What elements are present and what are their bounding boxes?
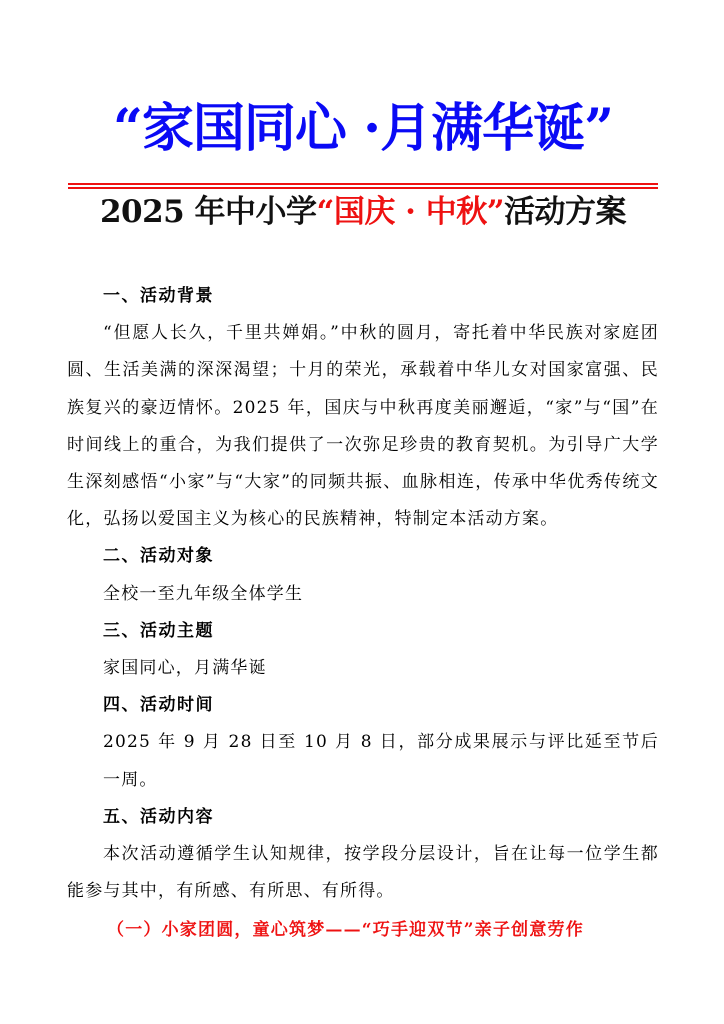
section-heading-background: 一、活动背景 [67,278,659,315]
document-subtitle: 2025 年中小学“国庆 · 中秋”活动方案 [66,190,660,234]
section-body-theme: 家国同心，月满华诞 [67,650,659,687]
subtitle-suffix: 活动方案 [504,194,626,230]
title-text: 家国同心 ·月满华诞 [142,98,584,159]
section-body-target: 全校一至九年级全体学生 [67,576,659,613]
section-body-time: 2025 年 9 月 28 日至 10 月 8 日，部分成果展示与评比延至节后一… [67,724,659,798]
subtitle-highlight: “国庆 · 中秋” [317,194,505,230]
subsection-heading-family-crafts: （一）小家团圆，童心筑梦——“巧手迎双节”亲子创意劳作 [67,912,659,949]
section-body-content: 本次活动遵循学生认知规律，按学段分层设计，旨在让每一位学生都能参与其中，有所感、… [67,836,659,910]
section-heading-content: 五、活动内容 [67,799,659,836]
title-open-quote: “ [113,98,142,159]
section-heading-time: 四、活动时间 [67,687,659,724]
document-title: “家国同心 ·月满华诞” [68,92,658,166]
document-body: 一、活动背景 “但愿人长久，千里共婵娟。”中秋的圆月，寄托着中华民族对家庭团圆、… [67,278,659,950]
subtitle-prefix: 2025 年中小学 [100,194,317,230]
section-heading-target: 二、活动对象 [67,538,659,575]
section-body-background: “但愿人长久，千里共婵娟。”中秋的圆月，寄托着中华民族对家庭团圆、生活美满的深深… [67,315,659,538]
title-divider-bottom [68,187,658,189]
title-close-quote: ” [584,98,613,159]
section-heading-theme: 三、活动主题 [67,613,659,650]
title-divider-top [68,183,658,185]
